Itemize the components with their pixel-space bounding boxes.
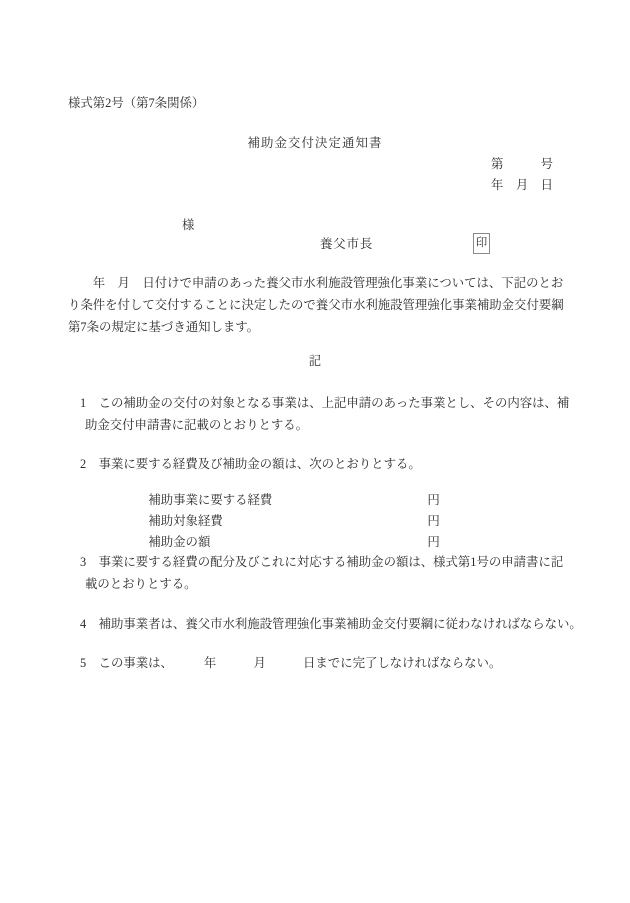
form-reference: 様式第2号（第7条関係） <box>68 96 204 111</box>
expense-row-label: 補助金の額 <box>148 535 427 550</box>
record-marker: 記 <box>0 354 630 369</box>
issuer-name: 養父市長 <box>320 237 373 252</box>
document-page: 様式第2号（第7条関係） 補助金交付決定通知書 第 号 年 月 日 様 養父市長… <box>0 0 630 903</box>
item-2-line-1: 2 事業に要する経費及び補助金の額は、次のとおりとする。 <box>80 457 421 472</box>
item-1-line-2: 助金交付申請書に記載のとおりとする。 <box>85 418 308 433</box>
seal-placeholder: 印 <box>473 233 490 254</box>
document-date-line: 年 月 日 <box>491 178 553 193</box>
body-paragraph-line-1: 年 月 日付けで申請のあった養父市水利施設管理強化事業については、下記のとお <box>68 276 563 291</box>
body-paragraph-line-2: り条件を付して交付することに決定したので養父市水利施設管理強化事業補助金交付要綱 <box>68 298 564 313</box>
item-5-line-1: 5 この事業は、 年 月 日までに完了しなければならない。 <box>80 656 501 671</box>
body-paragraph-line-3: 第7条の規定に基づき通知します。 <box>68 320 259 335</box>
document-number-line: 第 号 <box>491 157 553 172</box>
item-3-line-2: 載のとおりとする。 <box>85 577 197 592</box>
expense-row-unit: 円 <box>427 535 439 549</box>
item-1-line-1: 1 この補助金の交付の対象となる事業は、上記申請のあった事業とし、その内容は、補 <box>80 396 569 411</box>
document-title: 補助金交付決定通知書 <box>0 136 630 151</box>
addressee-honorific: 様 <box>182 218 194 233</box>
item-3-line-1: 3 事業に要する経費の配分及びこれに対応する補助金の額は、様式第1号の申請書に記 <box>80 555 563 570</box>
item-4-line-1: 4 補助事業者は、養父市水利施設管理強化事業補助金交付要綱に従わなければならない… <box>80 617 582 632</box>
